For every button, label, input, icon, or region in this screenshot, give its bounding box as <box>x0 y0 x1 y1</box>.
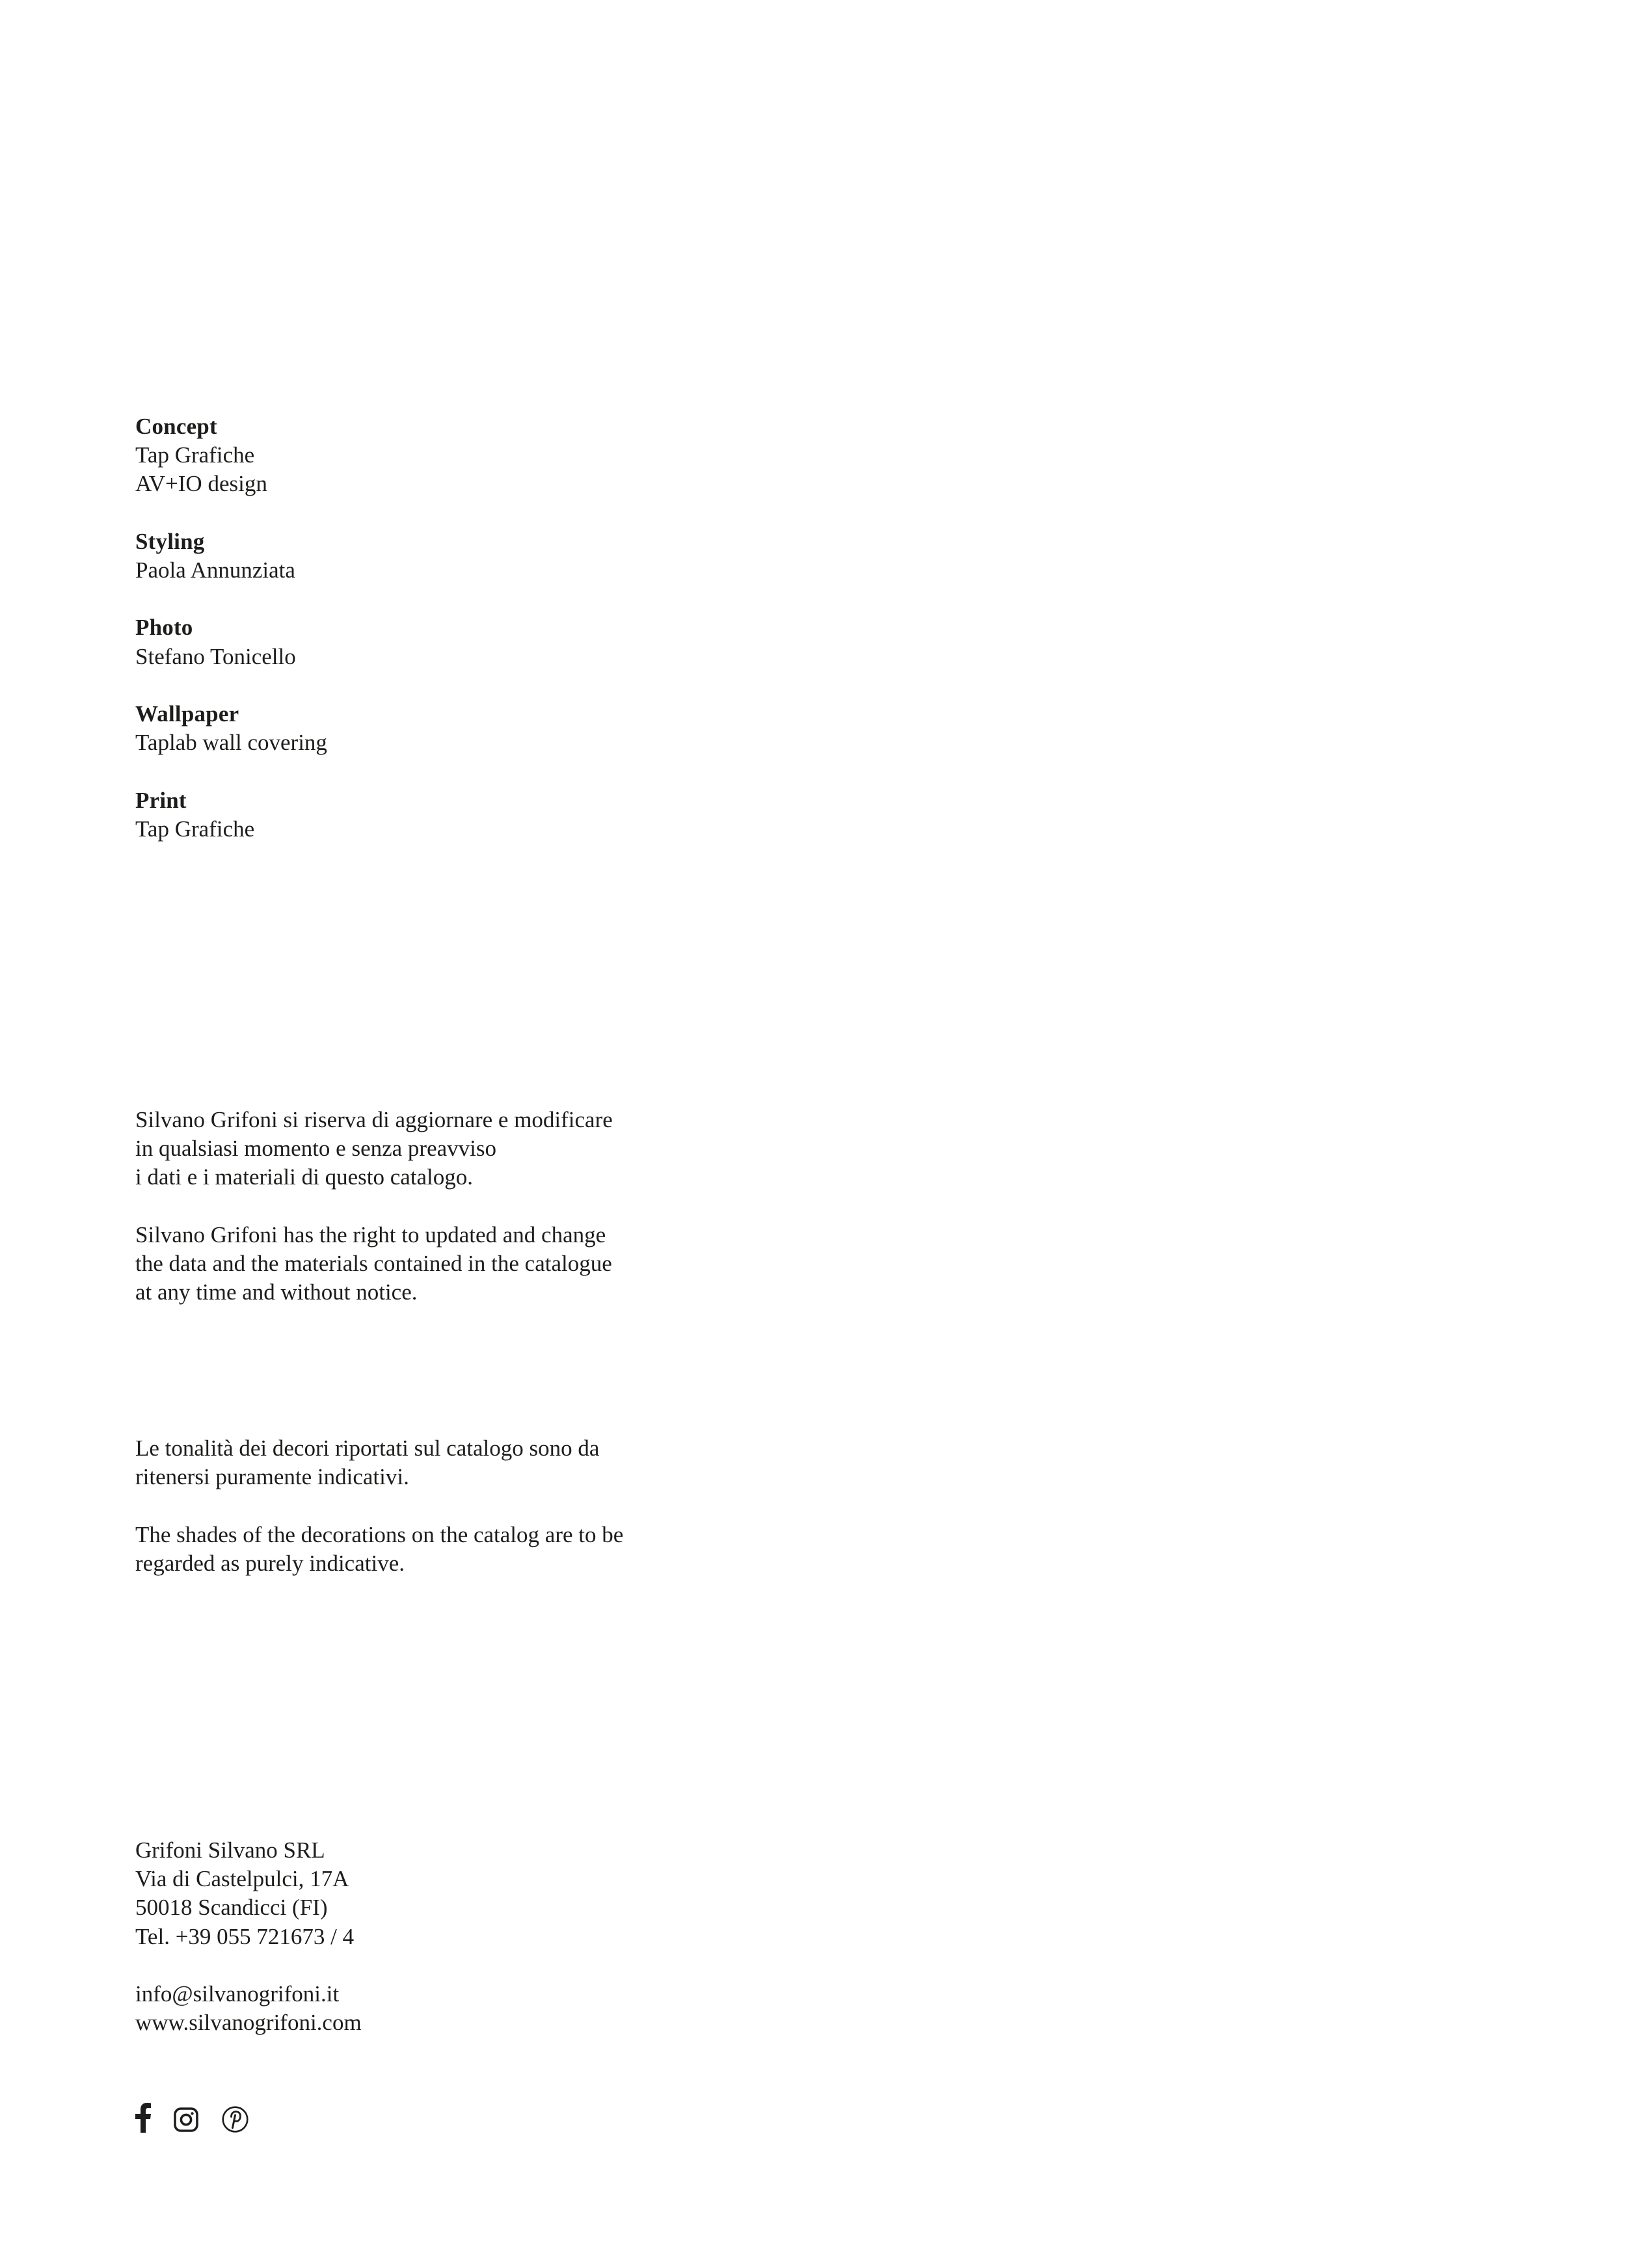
text-line: at any time and without notice. <box>135 1278 613 1307</box>
rights-disclaimer-italian: Silvano Grifoni si riserva di aggiornare… <box>135 1106 613 1192</box>
social-links <box>135 2102 248 2133</box>
text-line: The shades of the decorations on the cat… <box>135 1521 623 1549</box>
credit-title: Concept <box>135 412 327 441</box>
text-line: in qualsiasi momento e senza preavviso <box>135 1134 613 1163</box>
text-line: Silvano Grifoni si riserva di aggiornare… <box>135 1106 613 1134</box>
credit-concept: Concept Tap Grafiche AV+IO design <box>135 412 327 499</box>
credit-value: Stefano Tonicello <box>135 643 327 671</box>
credit-value: Tap Grafiche <box>135 815 327 844</box>
text-line: the data and the materials contained in … <box>135 1249 613 1278</box>
credit-value: AV+IO design <box>135 470 327 498</box>
email-link[interactable]: info@silvanogrifoni.it <box>135 1980 362 2008</box>
colors-disclaimer-english: The shades of the decorations on the cat… <box>135 1521 623 1578</box>
rights-disclaimer-english: Silvano Grifoni has the right to updated… <box>135 1221 613 1307</box>
text-line: i dati e i materiali di questo catalogo. <box>135 1163 613 1192</box>
colors-disclaimer: Le tonalità dei decori riportati sul cat… <box>135 1434 623 1607</box>
catalog-colophon-page: { "credits": [ {"title": "Concept", "val… <box>0 0 1625 2268</box>
text-line: Le tonalità dei decori riportati sul cat… <box>135 1434 623 1463</box>
colors-disclaimer-italian: Le tonalità dei decori riportati sul cat… <box>135 1434 623 1491</box>
text-line: Silvano Grifoni has the right to updated… <box>135 1221 613 1249</box>
pinterest-icon[interactable] <box>222 2106 248 2133</box>
credit-photo: Photo Stefano Tonicello <box>135 613 327 671</box>
credit-title: Photo <box>135 613 327 642</box>
rights-disclaimer: Silvano Grifoni si riserva di aggiornare… <box>135 1106 613 1336</box>
credit-print: Print Tap Grafiche <box>135 786 327 844</box>
street-address: Via di Castelpulci, 17A <box>135 1865 362 1893</box>
credit-title: Print <box>135 786 327 815</box>
credit-value: Taplab wall covering <box>135 728 327 757</box>
city-address: 50018 Scandicci (FI) <box>135 1893 362 1922</box>
contact-section: Grifoni Silvano SRL Via di Castelpulci, … <box>135 1836 362 2066</box>
credits-section: Concept Tap Grafiche AV+IO design Stylin… <box>135 412 327 872</box>
credit-value: Tap Grafiche <box>135 441 327 470</box>
website-link[interactable]: www.silvanogrifoni.com <box>135 2008 362 2037</box>
instagram-icon[interactable] <box>174 2107 198 2132</box>
text-line: regarded as purely indicative. <box>135 1549 623 1578</box>
facebook-icon[interactable] <box>135 2103 151 2133</box>
company-address: Grifoni Silvano SRL Via di Castelpulci, … <box>135 1836 362 1951</box>
credit-value: Paola Annunziata <box>135 556 327 585</box>
credit-styling: Styling Paola Annunziata <box>135 527 327 585</box>
online-contacts: info@silvanogrifoni.it www.silvanogrifon… <box>135 1980 362 2037</box>
credit-title: Wallpaper <box>135 700 327 728</box>
phone-number: Tel. +39 055 721673 / 4 <box>135 1923 362 1951</box>
company-name: Grifoni Silvano SRL <box>135 1836 362 1865</box>
text-line: ritenersi puramente indicativi. <box>135 1463 623 1491</box>
credit-title: Styling <box>135 527 327 556</box>
credit-wallpaper: Wallpaper Taplab wall covering <box>135 700 327 757</box>
